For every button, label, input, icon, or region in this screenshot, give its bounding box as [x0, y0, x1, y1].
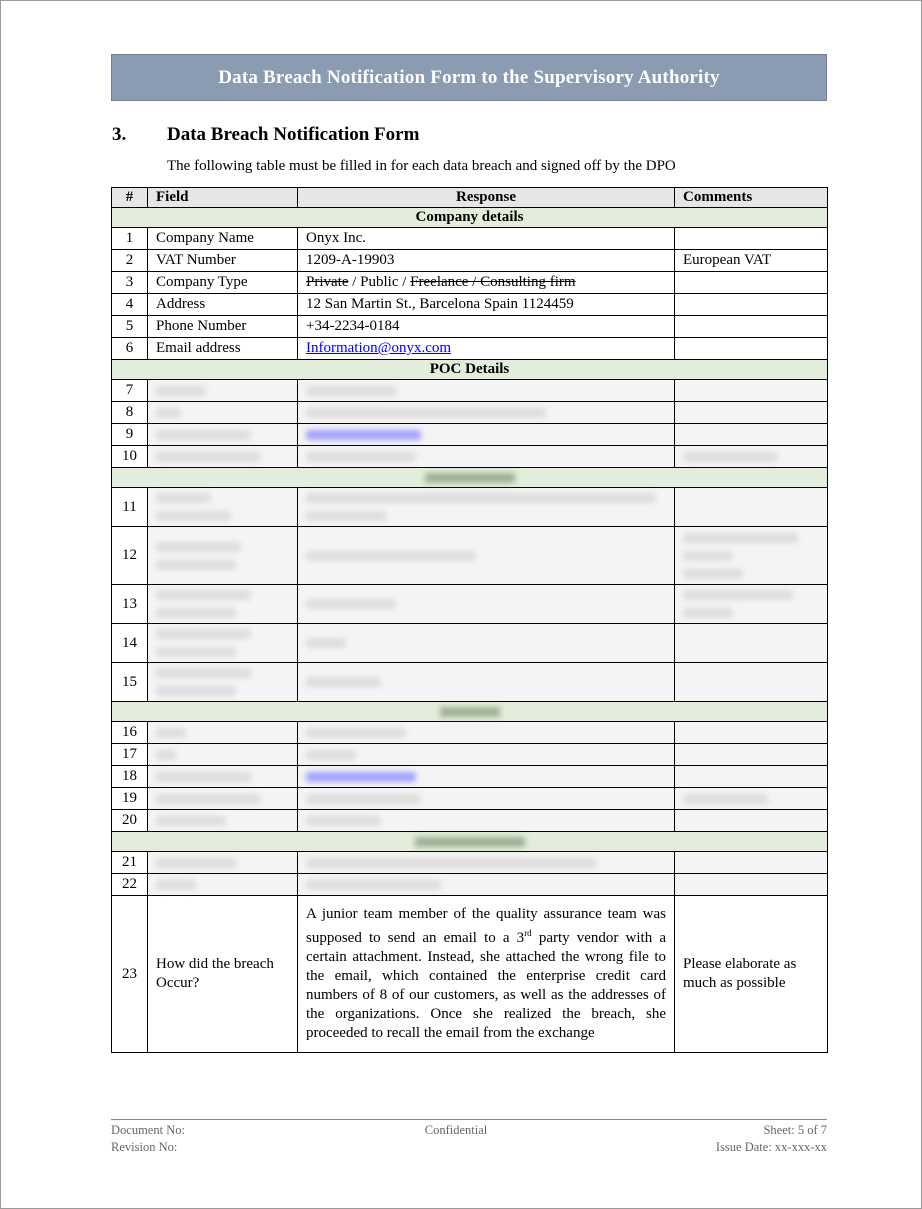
blurred-comments — [675, 852, 828, 874]
blurred-response — [298, 624, 675, 663]
response-cell[interactable]: 12 San Martin St., Barcelona Spain 11244… — [298, 294, 675, 316]
blurred-comments — [675, 488, 828, 527]
table-row: 4 Address 12 San Martin St., Barcelona S… — [112, 294, 828, 316]
footer-divider — [111, 1119, 827, 1120]
blurred-field — [148, 788, 298, 810]
section-row-poc: POC Details — [112, 360, 828, 380]
section-number: 3. — [112, 124, 167, 146]
blurred-row: 10 — [112, 446, 828, 468]
intro-text: The following table must be filled in fo… — [167, 158, 676, 175]
field-label: Company Type — [148, 272, 298, 294]
blurred-response — [298, 424, 675, 446]
section-label: Company details — [112, 208, 828, 228]
blurred-row: 22 — [112, 874, 828, 896]
header-response: Response — [298, 188, 675, 208]
blurred-field — [148, 744, 298, 766]
blurred-section-label — [112, 468, 828, 488]
blurred-comments — [675, 585, 828, 624]
blurred-comments — [675, 380, 828, 402]
blurred-field — [148, 810, 298, 832]
blurred-row: 9 — [112, 424, 828, 446]
table-row: 6 Email address Information@onyx.com — [112, 338, 828, 360]
blurred-comments — [675, 424, 828, 446]
option-freelance-consulting: Freelance / Consulting firm — [410, 274, 575, 290]
blurred-row: 11 — [112, 488, 828, 527]
comments-cell[interactable]: European VAT — [675, 250, 828, 272]
blurred-comments — [675, 624, 828, 663]
blurred-comments — [675, 766, 828, 788]
section-heading: 3.Data Breach Notification Form — [112, 124, 419, 146]
blurred-response — [298, 810, 675, 832]
header-num: # — [112, 188, 148, 208]
issue-date: Issue Date: xx-xxx-xx — [716, 1139, 827, 1156]
response-cell[interactable]: A junior team member of the quality assu… — [298, 896, 675, 1053]
table-header-row: # Field Response Comments — [112, 188, 828, 208]
blurred-comments — [675, 402, 828, 424]
blurred-section-row — [112, 702, 828, 722]
blurred-field — [148, 446, 298, 468]
row-num: 6 — [112, 338, 148, 360]
header-comments: Comments — [675, 188, 828, 208]
blurred-response — [298, 874, 675, 896]
sheet-number: Sheet: 5 of 7 — [763, 1122, 827, 1139]
field-label: Address — [148, 294, 298, 316]
blurred-row: 19 — [112, 788, 828, 810]
field-label: How did the breach Occur? — [148, 896, 298, 1053]
comments-cell[interactable] — [675, 316, 828, 338]
row-num: 3 — [112, 272, 148, 294]
field-label: Phone Number — [148, 316, 298, 338]
row-num: 2 — [112, 250, 148, 272]
blurred-row: 21 — [112, 852, 828, 874]
blurred-field — [148, 722, 298, 744]
table-row: 2 VAT Number 1209-A-19903 European VAT — [112, 250, 828, 272]
blurred-response — [298, 380, 675, 402]
blurred-field — [148, 624, 298, 663]
blurred-response — [298, 402, 675, 424]
comments-cell[interactable]: Please elaborate as much as possible — [675, 896, 828, 1053]
breach-form-table: # Field Response Comments Company detail… — [111, 187, 828, 1053]
option-private: Private — [306, 274, 349, 290]
row-num: 16 — [112, 722, 148, 744]
email-link[interactable]: Information@onyx.com — [306, 340, 451, 356]
row-num: 15 — [112, 663, 148, 702]
blurred-field — [148, 380, 298, 402]
row-num: 8 — [112, 402, 148, 424]
blurred-row: 14 — [112, 624, 828, 663]
response-superscript: rd — [524, 928, 532, 938]
blurred-row: 18 — [112, 766, 828, 788]
option-public: / Public / — [349, 274, 411, 290]
blurred-section-row — [112, 832, 828, 852]
row-num: 9 — [112, 424, 148, 446]
document-title-bar: Data Breach Notification Form to the Sup… — [111, 54, 827, 101]
field-label: Company Name — [148, 228, 298, 250]
response-cell[interactable]: 1209-A-19903 — [298, 250, 675, 272]
response-text-cont: party vendor with a certain attachment. … — [306, 930, 666, 1041]
blurred-field — [148, 402, 298, 424]
table-row: 5 Phone Number +34-2234-0184 — [112, 316, 828, 338]
response-cell[interactable]: Information@onyx.com — [298, 338, 675, 360]
blurred-comments — [675, 810, 828, 832]
row-num: 18 — [112, 766, 148, 788]
section-title: Data Breach Notification Form — [167, 124, 419, 145]
blurred-section-row — [112, 468, 828, 488]
row-num: 19 — [112, 788, 148, 810]
table-row: 23 How did the breach Occur? A junior te… — [112, 896, 828, 1053]
table-row: 1 Company Name Onyx Inc. — [112, 228, 828, 250]
row-num: 13 — [112, 585, 148, 624]
field-label: VAT Number — [148, 250, 298, 272]
blurred-comments — [675, 527, 828, 585]
header-field: Field — [148, 188, 298, 208]
row-num: 21 — [112, 852, 148, 874]
blurred-row: 12 — [112, 527, 828, 585]
blurred-comments — [675, 788, 828, 810]
comments-cell[interactable] — [675, 294, 828, 316]
blurred-section-label — [112, 832, 828, 852]
blurred-field — [148, 663, 298, 702]
blurred-field — [148, 766, 298, 788]
blurred-response — [298, 722, 675, 744]
blurred-response — [298, 663, 675, 702]
table-row: 3 Company Type Private / Public / Freela… — [112, 272, 828, 294]
row-num: 12 — [112, 527, 148, 585]
blurred-field — [148, 874, 298, 896]
blurred-field — [148, 585, 298, 624]
blurred-response — [298, 527, 675, 585]
row-num: 11 — [112, 488, 148, 527]
blurred-field — [148, 527, 298, 585]
row-num: 17 — [112, 744, 148, 766]
blurred-response — [298, 585, 675, 624]
blurred-comments — [675, 874, 828, 896]
comments-cell[interactable] — [675, 272, 828, 294]
blurred-comments — [675, 663, 828, 702]
blurred-comments — [675, 744, 828, 766]
response-cell[interactable]: Onyx Inc. — [298, 228, 675, 250]
row-num: 5 — [112, 316, 148, 338]
section-row-company: Company details — [112, 208, 828, 228]
row-num: 10 — [112, 446, 148, 468]
blurred-response — [298, 788, 675, 810]
row-num: 4 — [112, 294, 148, 316]
blurred-response — [298, 488, 675, 527]
comments-cell[interactable] — [675, 338, 828, 360]
confidential-label: Confidential — [111, 1122, 801, 1139]
blurred-field — [148, 488, 298, 527]
row-num: 1 — [112, 228, 148, 250]
row-num: 14 — [112, 624, 148, 663]
blurred-response — [298, 766, 675, 788]
blurred-comments — [675, 722, 828, 744]
blurred-row: 17 — [112, 744, 828, 766]
blurred-row: 13 — [112, 585, 828, 624]
section-label: POC Details — [112, 360, 828, 380]
blurred-comments — [675, 446, 828, 468]
blurred-response — [298, 744, 675, 766]
row-num: 20 — [112, 810, 148, 832]
blurred-field — [148, 424, 298, 446]
row-num: 23 — [112, 896, 148, 1053]
blurred-row: 20 — [112, 810, 828, 832]
blurred-section-label — [112, 702, 828, 722]
document-title: Data Breach Notification Form to the Sup… — [218, 67, 720, 89]
row-num: 7 — [112, 380, 148, 402]
blurred-row: 16 — [112, 722, 828, 744]
blurred-row: 8 — [112, 402, 828, 424]
response-cell[interactable]: Private / Public / Freelance / Consultin… — [298, 272, 675, 294]
blurred-row: 7 — [112, 380, 828, 402]
field-label: Email address — [148, 338, 298, 360]
blurred-response — [298, 852, 675, 874]
blurred-row: 15 — [112, 663, 828, 702]
comments-cell[interactable] — [675, 228, 828, 250]
blurred-response — [298, 446, 675, 468]
revision-no: Revision No: — [111, 1139, 177, 1156]
row-num: 22 — [112, 874, 148, 896]
blurred-field — [148, 852, 298, 874]
response-cell[interactable]: +34-2234-0184 — [298, 316, 675, 338]
